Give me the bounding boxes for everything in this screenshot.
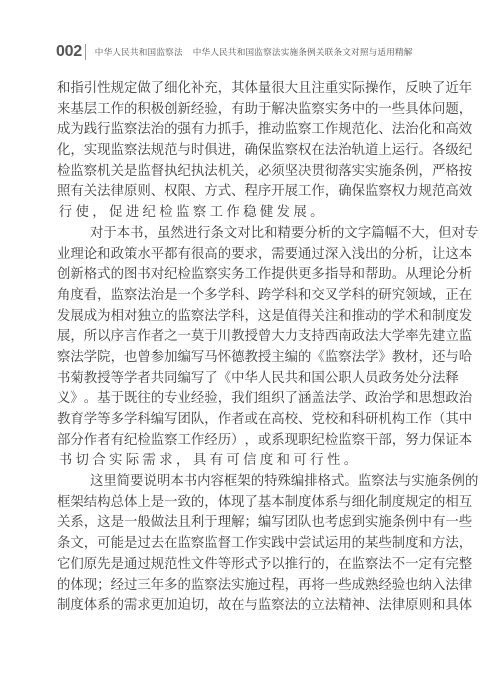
paragraph-line: 角度看，监察法治是一个多学科、跨学科和交叉学科的研究领域，正在 (57, 286, 426, 307)
paragraph-line: 发展成为相对独立的监察法学科，这是值得关注和推动的学术和制度发 (57, 307, 426, 328)
paragraph-line: 条文，可能是过去在监察监督工作实践中尝试运用的某些制度和方法， (57, 534, 426, 555)
page-number: 002 (56, 44, 82, 60)
paragraph-line: 的体现；经过三年多的监察法实施过程，再将一些成熟经验也纳入法律 (57, 576, 426, 597)
paragraph-line: 检监察机关是监督执纪执法机关，必须坚决贯彻落实实施条例，严格按 (57, 162, 426, 183)
paragraph-line: 书切合实际需求，具有可信度和可行性。 (57, 451, 426, 472)
paragraph-line: 关系，这是一般做法且利于理解；编写团队也考虑到实施条例中有一些 (57, 513, 426, 534)
header-book-title: 中华人民共和国监察法实施条例关联条文对照与适用精解 (193, 46, 413, 58)
paragraph-line: 它们原先是通过规范性文件等形式予以推行的，在监察法不一定有完整 (57, 555, 426, 576)
paragraph-line: 部分作者有纪检监察工作经历），或系现职纪检监察干部，努力保证本 (57, 431, 426, 452)
paragraph-line: 展，所以序言作者之一莫于川教授曾大力支持西南政法大学率先建立监 (57, 327, 426, 348)
header-law-title: 中华人民共和国监察法 (95, 46, 183, 58)
paragraph-line: 察法学院，也曾参加编写马怀德教授主编的《监察法学》教材，还与哈 (57, 348, 426, 369)
body-text: 和指引性规定做了细化补充，其体量很大且注重实际操作，反映了近年来基层工作的积极创… (57, 79, 426, 617)
paragraph-line: 创新格式的图书对纪检监察实务工作提供更多指导和帮助。从理论分析 (57, 265, 426, 286)
paragraph-line: 制度体系的需求更加迫切，故在与监察法的立法精神、法律原则和具体 (57, 596, 426, 617)
paragraph-line: 义》。基于既往的专业经验，我们组织了涵盖法学、政治学和思想政治 (57, 389, 426, 410)
paragraph-line: 教育学等多学科编写团队，作者或在高校、党校和科研机构工作（其中 (57, 410, 426, 431)
paragraph-line: 化，实现监察法规范与时俱进，确保监察权在法治轨道上运行。各级纪 (57, 141, 426, 162)
paragraph-line: 来基层工作的积极创新经验，有助于解决监察实务中的一些具体问题， (57, 100, 426, 121)
paragraph-line: 和指引性规定做了细化补充，其体量很大且注重实际操作，反映了近年 (57, 79, 426, 100)
paragraph-line: 行使，促进纪检监察工作稳健发展。 (57, 203, 426, 224)
header-divider (85, 44, 86, 60)
paragraph-line: 业理论和政策水平都有很高的要求，需要通过深入浅出的分析，让这本 (57, 245, 426, 266)
paragraph-line: 书菊教授等学者共同编写了《中华人民共和国公职人员政务处分法释 (57, 369, 426, 390)
paragraph-line: 成为践行监察法治的强有力抓手，推动监察工作规范化、法治化和高效 (57, 120, 426, 141)
paragraph-line: 框架结构总体上是一致的，体现了基本制度体系与细化制度规定的相互 (57, 493, 426, 514)
paragraph-line: 照有关法律原则、权限、方式、程序开展工作，确保监察权力规范高效 (57, 182, 426, 203)
running-header: 002 中华人民共和国监察法 中华人民共和国监察法实施条例关联条文对照与适用精解 (56, 44, 413, 60)
paragraph-line: 这里简要说明本书内容框架的特殊编排格式。监察法与实施条例的 (57, 472, 426, 493)
paragraph-line: 对于本书，虽然进行条文对比和精要分析的文字篇幅不大，但对专 (57, 224, 426, 245)
